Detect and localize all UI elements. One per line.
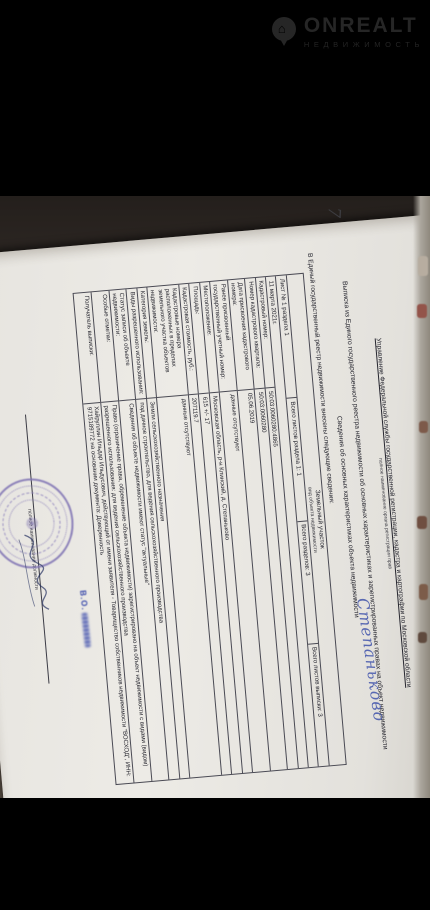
brand-name: ONREALT — [304, 15, 424, 36]
page-edge-strip — [413, 196, 430, 798]
brand-subtitle: НЕДВИЖИМОСТЬ — [304, 40, 424, 49]
document-photo: Управление Федеральной службы государств… — [0, 196, 430, 798]
registrar-initials: В.О. — [78, 590, 89, 611]
onrealt-watermark: ⌂ ONREALT НЕДВИЖИМОСТЬ — [272, 15, 424, 49]
edge-mark — [418, 256, 428, 276]
map-pin-house-icon: ⌂ — [272, 17, 296, 47]
house-icon: ⌂ — [278, 21, 286, 36]
edge-mark — [417, 516, 427, 529]
object-table: Земельный участок вид объекта недвижимос… — [73, 273, 347, 785]
edge-mark — [417, 304, 427, 318]
paper-sheet: Управление Федеральной службы государств… — [0, 214, 430, 798]
edge-mark — [418, 632, 427, 643]
signature — [12, 531, 59, 614]
edge-mark — [419, 584, 428, 600]
registrar-name-stamp: В.О. — [77, 590, 93, 648]
eagle-emblem-icon: ֎ — [22, 517, 41, 531]
registrar-surname-blur — [82, 613, 92, 647]
screenshot: ⌂ ONREALT НЕДВИЖИМОСТЬ Управление Федера… — [0, 0, 430, 910]
egrn-extract: Управление Федеральной службы государств… — [0, 233, 428, 798]
edge-mark — [419, 421, 428, 433]
handwritten-mark: 7 — [323, 206, 344, 218]
